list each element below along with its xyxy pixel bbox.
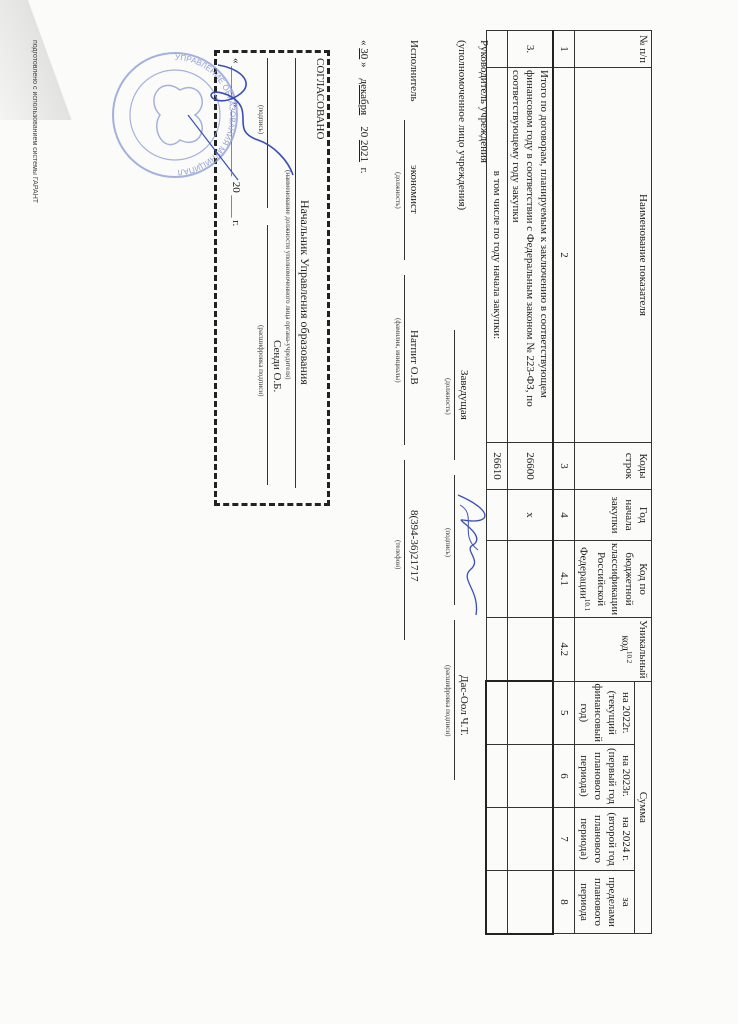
header-sum: Сумма: [634, 681, 651, 934]
table-header-row: № п/п Наименование показателя Коды строк…: [634, 31, 651, 934]
column-number-row: 1 2 3 4 4.1 4.2 5 6 7 8: [553, 31, 575, 934]
paper-fold: [0, 0, 78, 120]
approval-signature: [178, 55, 298, 185]
executor-phone: 8(394-36)21717: [408, 510, 420, 582]
head-signature: [448, 490, 498, 620]
header-kbk: Код по бюджетной классификации Российско…: [575, 541, 652, 618]
head-label: Руководитель учреждения: [478, 40, 490, 163]
header-sum-2023: на 2023г. (первый год планового периода): [575, 745, 635, 808]
approval-position: Начальник Управления образования: [297, 200, 312, 385]
header-sum-2022: на 2022г. (текущий финансовый год): [575, 681, 635, 745]
header-num: № п/п: [575, 31, 652, 68]
head-label-sub: (уполномоченное лицо учреждения): [456, 40, 468, 210]
garant-watermark: подготовлено с использованием системы ГА…: [31, 40, 38, 203]
date-line: « 30 » декабря 20 2021 г.: [358, 40, 370, 173]
table-row: в том числе по году начала закупки: 2661…: [486, 31, 508, 934]
procurement-table: № п/п Наименование показателя Коды строк…: [485, 30, 652, 935]
document-page: подготовлено с использованием системы ГА…: [0, 0, 738, 1024]
executor-position: экономист: [408, 165, 420, 214]
header-sum-beyond: за пределами планового периода: [575, 871, 635, 934]
header-year: Год начала закупки: [575, 490, 652, 541]
head-position: Заведущая: [458, 370, 470, 420]
approval-title: СОГЛАСОВАНО: [314, 58, 326, 139]
table-row: 3. Итого по договорам, планируемым к зак…: [508, 31, 554, 934]
approval-name: Сенди О.Б.: [271, 340, 283, 392]
executor-label: Исполнитель: [408, 40, 420, 102]
executor-name: Натпит О.В: [408, 330, 420, 385]
header-sum-2024: на 2024 г. (второй год планового периода…: [575, 808, 635, 871]
header-name: Наименование показателя: [575, 68, 652, 443]
header-unique: Уникальный код10.2: [575, 618, 652, 681]
head-name: Дас-Оол Ч.Т.: [458, 675, 470, 736]
header-codes: Коды строк: [575, 443, 652, 490]
